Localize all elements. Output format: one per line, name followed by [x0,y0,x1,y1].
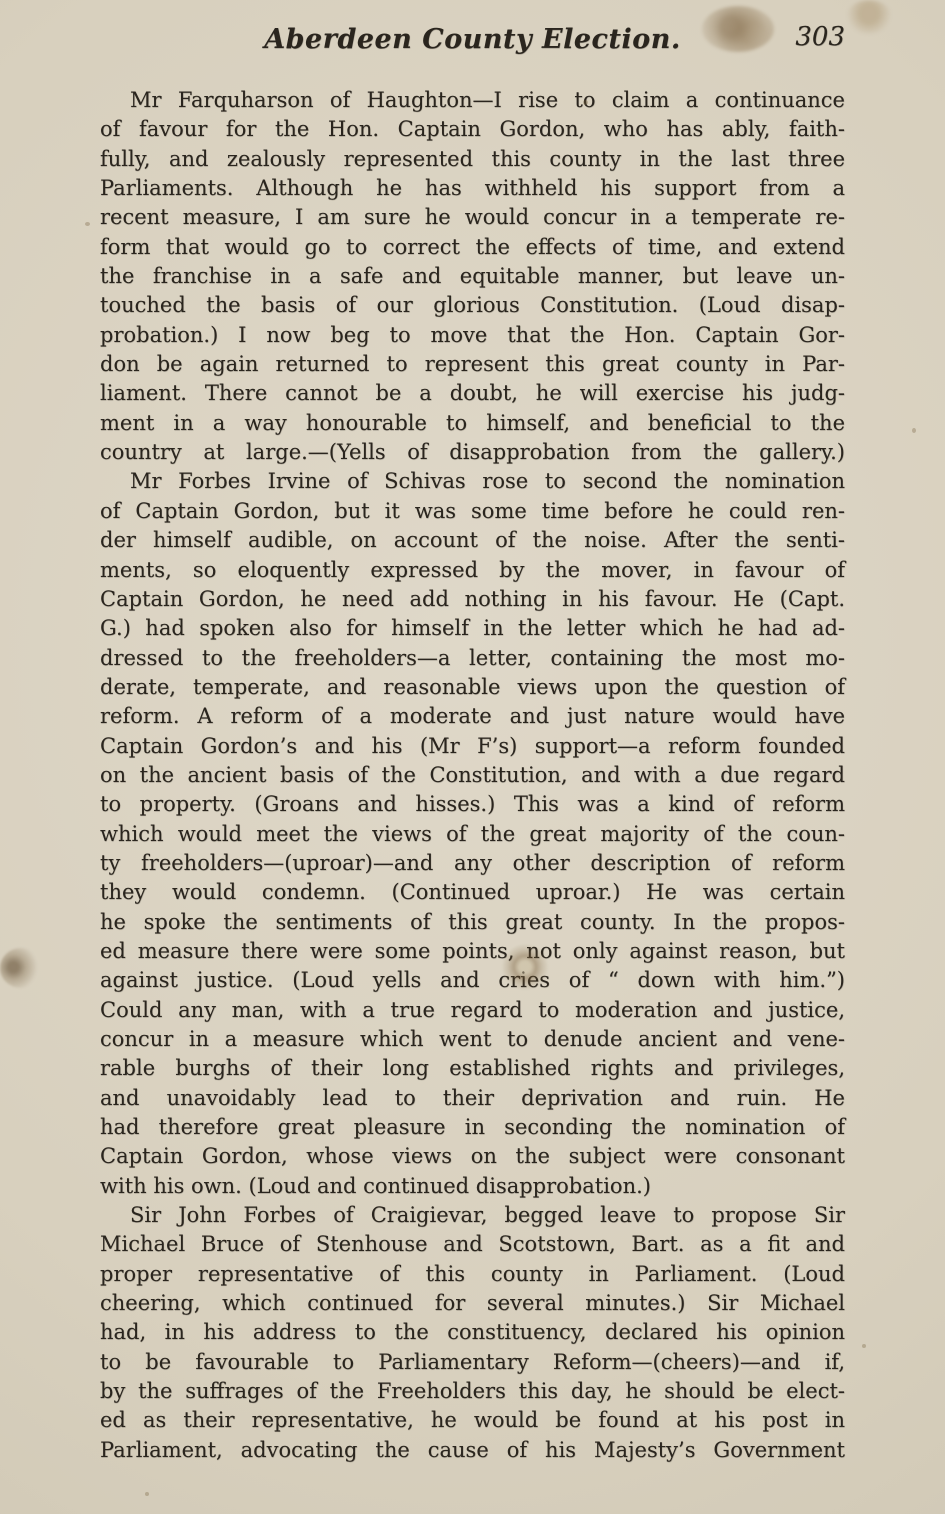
text-line: country at large.—(Yells of disapprobati… [100,438,845,467]
text-line: probation.) I now beg to move that the H… [100,321,845,350]
paragraph: Mr Forbes Irvine of Schivas rose to seco… [100,467,845,1201]
text-line: he spoke the sentiments of this great co… [100,908,845,937]
text-line: Parliaments. Although he has withheld hi… [100,174,845,203]
paper-speck [912,428,916,433]
paper-speck [145,1492,149,1496]
text-line: dressed to the freeholders—a letter, con… [100,644,845,673]
text-line: had therefore great pleasure in secondin… [100,1113,845,1142]
page-number: 303 [795,22,845,52]
text-line: ty freeholders—(uproar)—and any other de… [100,849,845,878]
text-line: ments, so eloquently expressed by the mo… [100,556,845,585]
text-line: by the suffrages of the Freeholders this… [100,1377,845,1406]
paper-speck [862,1344,866,1348]
text-line: with his own. (Loud and continued disapp… [100,1172,845,1201]
page-header: Aberdeen County Election. 303 [0,0,945,70]
text-line: Mr Farquharson of Haughton—I rise to cla… [100,86,845,115]
text-line: liament. There cannot be a doubt, he wil… [100,379,845,408]
text-line: Sir John Forbes of Craigievar, begged le… [100,1201,845,1230]
text-line: Could any man, with a true regard to mod… [100,996,845,1025]
text-line: der himself audible, on account of the n… [100,526,845,555]
text-line: form that would go to correct the effect… [100,233,845,262]
paragraph: Mr Farquharson of Haughton—I rise to cla… [100,86,845,467]
text-line: ment in a way honourable to himself, and… [100,409,845,438]
text-line: to be favourable to Parliamentary Reform… [100,1348,845,1377]
text-line: had, in his address to the constituency,… [100,1318,845,1347]
text-line: concur in a measure which went to denude… [100,1025,845,1054]
text-line: Captain Gordon, he need add nothing in h… [100,585,845,614]
text-line: Parliament, advocating the cause of his … [100,1436,845,1465]
text-line: reform. A reform of a moderate and just … [100,702,845,731]
text-block: Mr Farquharson of Haughton—I rise to cla… [100,86,845,1465]
text-line: the franchise in a safe and equitable ma… [100,262,845,291]
book-page: Aberdeen County Election. 303 Mr Farquha… [0,0,945,1514]
text-line: and unavoidably lead to their deprivatio… [100,1084,845,1113]
text-line: of favour for the Hon. Captain Gordon, w… [100,115,845,144]
text-line: ed as their representative, he would be … [100,1406,845,1435]
text-line: of Captain Gordon, but it was some time … [100,497,845,526]
text-line: Mr Forbes Irvine of Schivas rose to seco… [100,467,845,496]
text-line: against justice. (Loud yells and cries o… [100,966,845,995]
text-line: fully, and zealously represented this co… [100,145,845,174]
text-line: they would condemn. (Continued uproar.) … [100,878,845,907]
text-line: to property. (Groans and hisses.) This w… [100,790,845,819]
text-line: derate, temperate, and reasonable views … [100,673,845,702]
text-line: rable burghs of their long established r… [100,1054,845,1083]
text-line: Michael Bruce of Stenhouse and Scotstown… [100,1230,845,1259]
text-line: which would meet the views of the great … [100,820,845,849]
text-line: proper representative of this county in … [100,1260,845,1289]
text-line: on the ancient basis of the Constitution… [100,761,845,790]
text-line: ed measure there were some points, not o… [100,937,845,966]
text-line: G.) had spoken also for himself in the l… [100,614,845,643]
text-line: recent measure, I am sure he would concu… [100,203,845,232]
text-line: Captain Gordon, whose views on the subje… [100,1142,845,1171]
paper-speck [85,222,90,226]
text-line: don be again returned to represent this … [100,350,845,379]
text-line: cheering, which continued for several mi… [100,1289,845,1318]
text-line: touched the basis of our glorious Consti… [100,291,845,320]
paragraph: Sir John Forbes of Craigievar, begged le… [100,1201,845,1465]
text-line: Captain Gordon’s and his (Mr F’s) suppor… [100,732,845,761]
paper-stain [0,948,42,988]
